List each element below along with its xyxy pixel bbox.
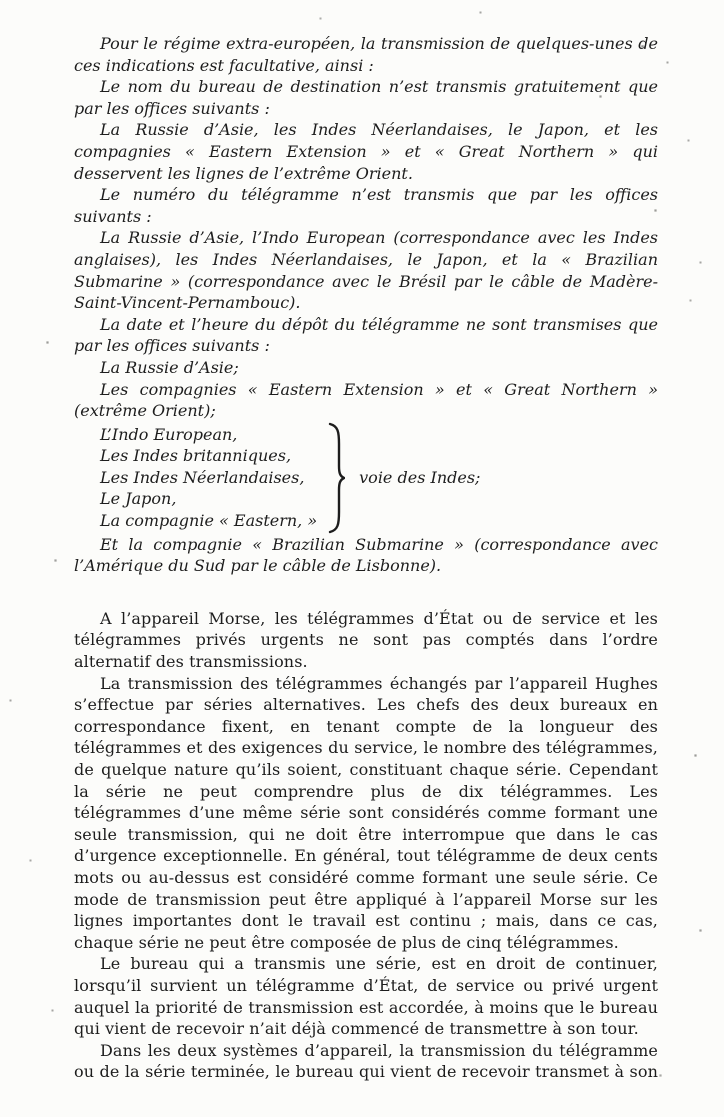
paragraph-numero-telegramme: Le numéro du télégramme n’est transmis q… bbox=[74, 184, 658, 227]
paragraph-appareil-morse: A l’appareil Morse, les télégrammes d’Ét… bbox=[74, 608, 658, 673]
paragraph-appareil-hughes: La transmission des télégrammes échangés… bbox=[74, 673, 658, 954]
paragraph-date-heure-depot: La date et l’heure du dépôt du télégramm… bbox=[74, 314, 658, 357]
transmission-rules-section: A l’appareil Morse, les télégrammes d’Ét… bbox=[74, 608, 658, 1083]
paragraph-regime-extra-europeen: Pour le régime extra-européen, la transm… bbox=[74, 33, 658, 76]
list-item-russie-asie: La Russie d’Asie; bbox=[74, 357, 658, 379]
braced-list-label: voie des Indes; bbox=[359, 467, 480, 489]
braced-item-indes-neerlandaises: Les Indes Néerlandaises, bbox=[100, 467, 317, 489]
document-page: Pour le régime extra-européen, la transm… bbox=[0, 0, 724, 1117]
paragraph-nom-bureau-destination: Le nom du bureau de destination n’est tr… bbox=[74, 76, 658, 119]
paragraph-deux-systemes: Dans les deux systèmes d’appareil, la tr… bbox=[74, 1040, 658, 1083]
braced-list-items: L’Indo European, Les Indes britanniques,… bbox=[100, 424, 317, 532]
paragraph-offices-nom: La Russie d’Asie, les Indes Néerlandaise… bbox=[74, 119, 658, 184]
braced-item-japon: Le Japon, bbox=[100, 488, 317, 510]
braced-item-indes-britanniques: Les Indes britanniques, bbox=[100, 445, 317, 467]
scan-noise bbox=[0, 0, 1, 1]
paragraph-brazilian-submarine: Et la compagnie « Brazilian Submarine » … bbox=[74, 534, 658, 577]
right-brace-icon bbox=[327, 422, 345, 534]
extra-european-regime-section: Pour le régime extra-européen, la transm… bbox=[74, 33, 658, 577]
text-block: Pour le régime extra-européen, la transm… bbox=[74, 33, 658, 1083]
braced-item-indo-european: L’Indo European, bbox=[100, 424, 317, 446]
list-item-compagnies-orient: Les compagnies « Eastern Extension » et … bbox=[74, 379, 658, 422]
braced-list: L’Indo European, Les Indes britanniques,… bbox=[100, 422, 658, 534]
paragraph-bureau-transmis: Le bureau qui a transmis une série, est … bbox=[74, 953, 658, 1039]
braced-item-compagnie-eastern: La compagnie « Eastern, » bbox=[100, 510, 317, 532]
paragraph-offices-numero: La Russie d’Asie, l’Indo European (corre… bbox=[74, 227, 658, 313]
